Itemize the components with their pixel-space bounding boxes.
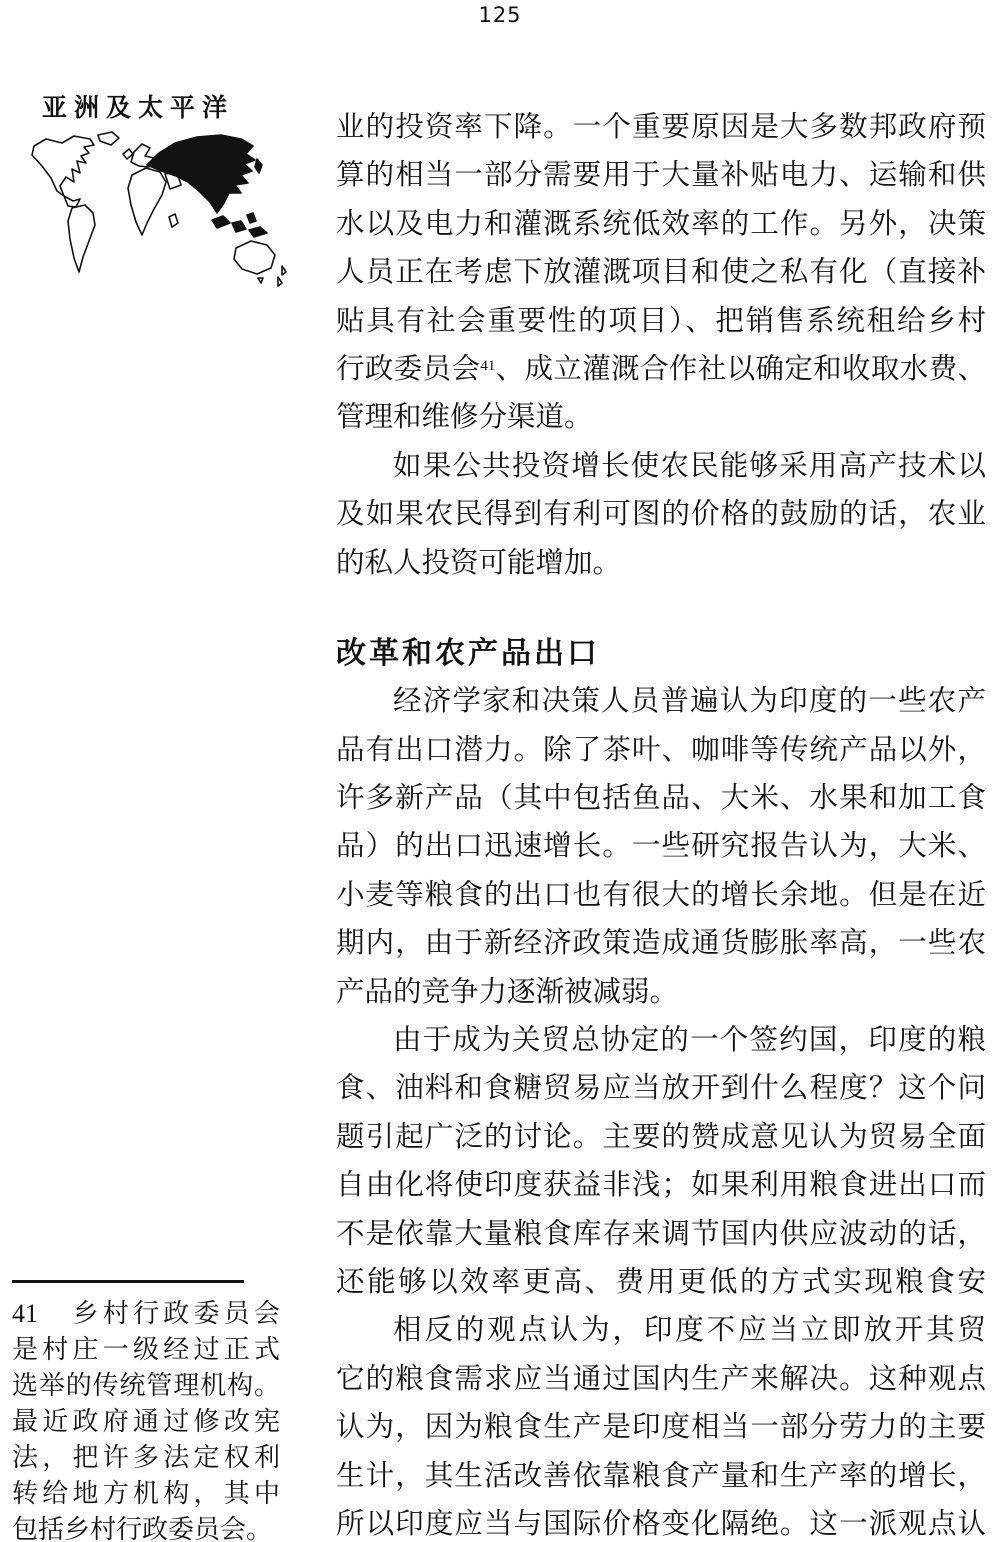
- footnote-line: 包括乡村行政委员会。: [12, 1512, 280, 1542]
- text-run: 还能够以效率更高、费用更低的方式实现粮食安全。: [336, 1267, 986, 1307]
- text-line: 题引起广泛的讨论。主要的赞成意见认为贸易全面: [336, 1114, 986, 1162]
- text-line: 食、油料和食糖贸易应当放开到什么程度？这个问: [336, 1065, 986, 1113]
- text-run: 水以及电力和灌溉系统低效率的工作。另外，决策: [336, 209, 986, 240]
- footnote-line: 最近政府通过修改宪: [12, 1404, 280, 1440]
- text-run: 包括乡村行政委员会。: [12, 1515, 272, 1542]
- text-run: 贴具有社会重要性的项目）、把销售系统租给乡村: [336, 306, 986, 337]
- text-line: 相反的观点认为，印度不应当立即放开其贸易，: [336, 1307, 986, 1355]
- text-line: 的私人投资可能增加。: [336, 540, 986, 588]
- text-run: 期内，由于新经济政策造成通货膨胀率高，一些农: [336, 928, 986, 959]
- footnote-line: 是村庄一级经过正式: [12, 1332, 280, 1368]
- text-run: 食、油料和食糖贸易应当放开到什么程度？这个问: [336, 1073, 986, 1104]
- text-run: 41 乡村行政委员会: [12, 1299, 280, 1328]
- text-run: 不是依靠大量粮食库存来调节国内供应波动的话，: [336, 1219, 986, 1250]
- text-run: 品有出口潜力。除了茶叶、咖啡等传统产品以外，: [336, 735, 986, 766]
- footnote-ref-marker: 41: [480, 358, 495, 374]
- text-line: 自由化将使印度获益非浅；如果利用粮食进出口而: [336, 1162, 986, 1210]
- text-line: 管理和维修分渠道。: [336, 394, 986, 442]
- text-run: 行政委员会: [336, 354, 480, 385]
- text-run: 、成立灌溉合作社以确定和收取水费、: [495, 354, 986, 385]
- text-run: 经济学家和决策人员普遍认为印度的一些农产: [393, 686, 986, 717]
- text-line: 还能够以效率更高、费用更低的方式实现粮食安全。: [336, 1259, 986, 1307]
- section-heading: 改革和农产品出口: [336, 630, 986, 678]
- text-line: 品）的出口迅速增长。一些研究报告认为，大米、: [336, 823, 986, 871]
- footnote-line: 选举的传统管理机构。: [12, 1368, 280, 1404]
- text-line: 人员正在考虑下放灌溉项目和使之私有化（直接补: [336, 249, 986, 297]
- footnote-line: 转给地方机构，其中: [12, 1476, 280, 1512]
- text-run: 转给地方机构，其中: [12, 1479, 280, 1508]
- text-run: 管理和维修分渠道。: [336, 402, 593, 433]
- text-line: 业的投资率下降。一个重要原因是大多数邦政府预: [336, 104, 986, 152]
- text-run: 人员正在考虑下放灌溉项目和使之私有化（直接补: [336, 257, 986, 288]
- footnote: 41 乡村行政委员会是村庄一级经过正式选举的传统管理机构。最近政府通过修改宪法，…: [12, 1280, 280, 1542]
- text-run: 题引起广泛的讨论。主要的赞成意见认为贸易全面: [336, 1122, 986, 1153]
- text-run: 品）的出口迅速增长。一些研究报告认为，大米、: [336, 831, 986, 862]
- text-line: 所以印度应当与国际价格变化隔绝。这一派观点认: [336, 1501, 986, 1542]
- text-run: 算的相当一部分需要用于大量补贴电力、运输和供: [336, 160, 986, 191]
- text-run: 业的投资率下降。一个重要原因是大多数邦政府预: [336, 112, 986, 143]
- text-line: 行政委员会41、成立灌溉合作社以确定和收取水费、: [336, 346, 986, 394]
- text-line: 及如果农民得到有利可图的价格的鼓励的话，农业: [336, 491, 986, 539]
- world-map-asia-pacific-icon: [28, 130, 296, 288]
- text-run: 小麦等粮食的出口也有很大的增长余地。但是在近: [336, 880, 986, 911]
- text-run: 它的粮食需求应当通过国内生产来解决。这种观点: [336, 1364, 986, 1395]
- main-text-column: 业的投资率下降。一个重要原因是大多数邦政府预算的相当一部分需要用于大量补贴电力、…: [336, 104, 986, 1542]
- text-run: 最近政府通过修改宪: [12, 1407, 280, 1436]
- text-line: 产品的竞争力逐渐被减弱。: [336, 969, 986, 1017]
- footnote-rule: [12, 1280, 244, 1283]
- text-line: 许多新产品（其中包括鱼品、大米、水果和加工食: [336, 775, 986, 823]
- text-line: 期内，由于新经济政策造成通货膨胀率高，一些农: [336, 920, 986, 968]
- footnote-line: 法，把许多法定权利: [12, 1440, 280, 1476]
- text-run: 认为，因为粮食生产是印度相当一部分劳力的主要: [336, 1412, 986, 1443]
- text-run: 如果公共投资增长使农民能够采用高产技术以: [393, 451, 986, 482]
- footnote-line: 41 乡村行政委员会: [12, 1296, 280, 1332]
- text-line: 小麦等粮食的出口也有很大的增长余地。但是在近: [336, 872, 986, 920]
- text-run: 法，把许多法定权利: [12, 1443, 280, 1472]
- text-line: 品有出口潜力。除了茶叶、咖啡等传统产品以外，: [336, 727, 986, 775]
- text-run: 的私人投资可能增加。: [336, 548, 621, 579]
- text-line: 认为，因为粮食生产是印度相当一部分劳力的主要: [336, 1404, 986, 1452]
- text-line: 经济学家和决策人员普遍认为印度的一些农产: [336, 678, 986, 726]
- text-line: 如果公共投资增长使农民能够采用高产技术以: [336, 443, 986, 491]
- text-line: 算的相当一部分需要用于大量补贴电力、运输和供: [336, 152, 986, 200]
- text-run: 选举的传统管理机构。: [12, 1371, 280, 1400]
- text-run: 由于成为关贸总协定的一个签约国，印度的粮: [393, 1025, 986, 1056]
- text-line: 不是依靠大量粮食库存来调节国内供应波动的话，: [336, 1211, 986, 1259]
- text-line: 由于成为关贸总协定的一个签约国，印度的粮: [336, 1017, 986, 1065]
- text-run: 是村庄一级经过正式: [12, 1335, 280, 1364]
- text-run: 自由化将使印度获益非浅；如果利用粮食进出口而: [336, 1170, 986, 1201]
- map-label: 亚洲及太平洋: [28, 88, 298, 124]
- text-line: 贴具有社会重要性的项目）、把销售系统租给乡村: [336, 298, 986, 346]
- footnote-lines: 41 乡村行政委员会是村庄一级经过正式选举的传统管理机构。最近政府通过修改宪法，…: [12, 1296, 280, 1542]
- text-line: 生计，其生活改善依靠粮食产量和生产率的增长，: [336, 1453, 986, 1501]
- text-run: 相反的观点认为，印度不应当立即放开其贸易，: [336, 1315, 986, 1355]
- text-run: 生计，其生活改善依靠粮食产量和生产率的增长，: [336, 1461, 986, 1492]
- text-run: 所以印度应当与国际价格变化隔绝。这一派观点认: [336, 1509, 986, 1540]
- text-run: 产品的竞争力逐渐被减弱。: [336, 977, 678, 1008]
- text-line: 它的粮食需求应当通过国内生产来解决。这种观点: [336, 1356, 986, 1404]
- page-number: 125: [0, 3, 1000, 27]
- text-run: 及如果农民得到有利可图的价格的鼓励的话，农业: [336, 499, 986, 530]
- region-map-figure: 亚洲及太平洋: [28, 88, 298, 288]
- text-run: 许多新产品（其中包括鱼品、大米、水果和加工食: [336, 783, 986, 814]
- text-line: 水以及电力和灌溉系统低效率的工作。另外，决策: [336, 201, 986, 249]
